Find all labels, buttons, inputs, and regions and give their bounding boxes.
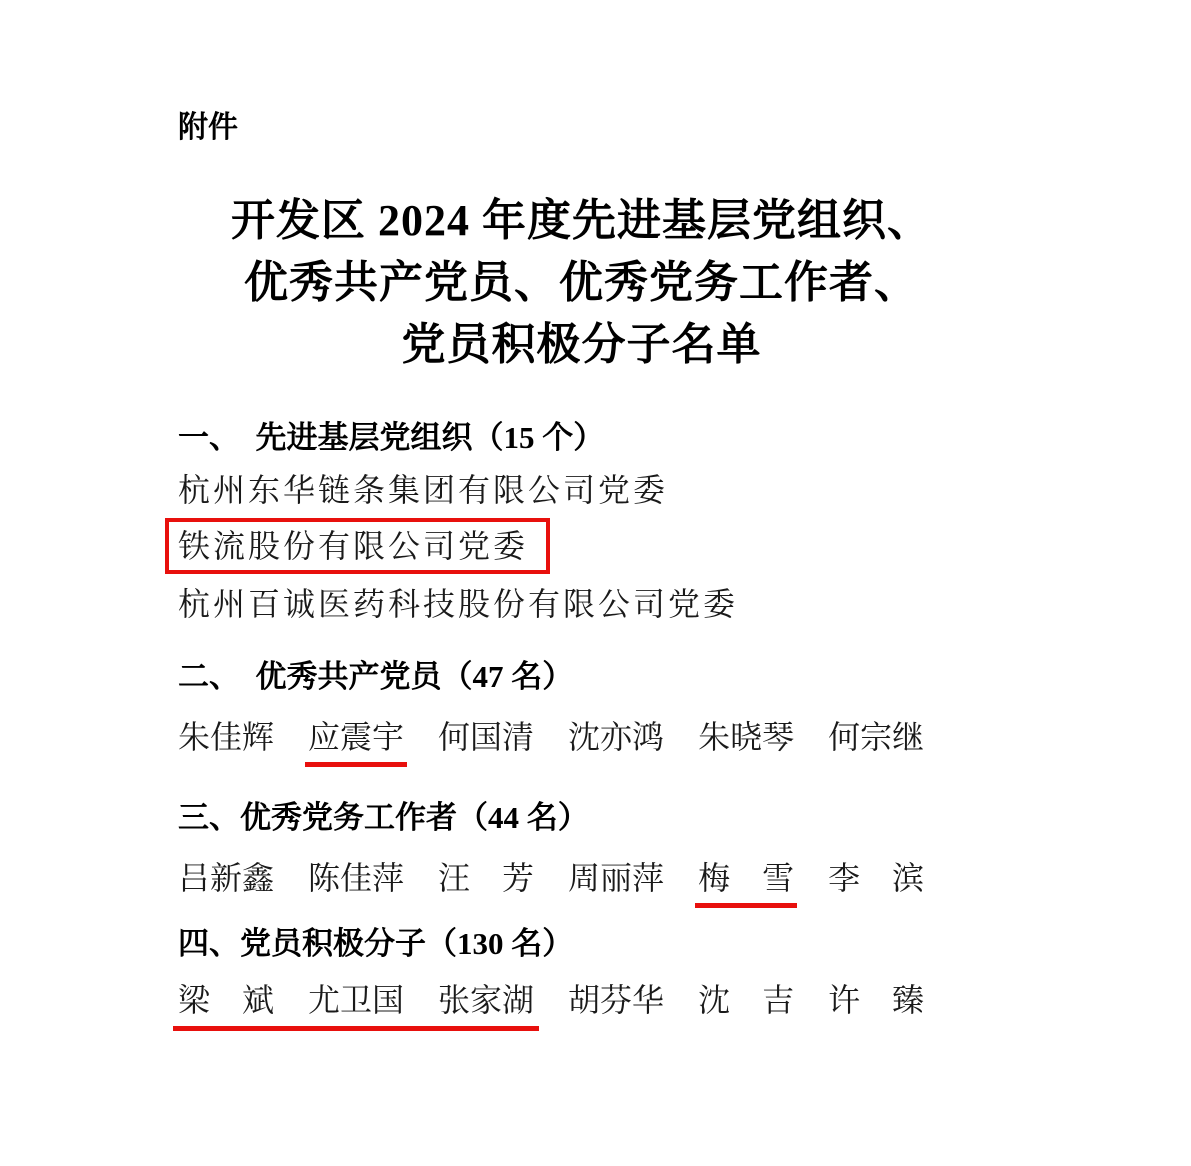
org-item: 杭州东华链条集团有限公司党委 bbox=[178, 472, 985, 508]
person-name: 周丽萍 bbox=[568, 860, 664, 896]
attachment-label: 附件 bbox=[178, 110, 985, 146]
red-underlined-name: 应震宇 bbox=[305, 719, 407, 767]
org-item: 铁流股份有限公司党委 bbox=[178, 528, 528, 564]
title-line-2: 优秀共产党员、优秀党务工作者、 bbox=[178, 252, 985, 314]
person-name: 梁 斌 bbox=[178, 982, 274, 1018]
person-name: 汪 芳 bbox=[438, 860, 534, 896]
person-name: 张家湖 bbox=[438, 982, 534, 1018]
person-name: 许 臻 bbox=[828, 982, 924, 1018]
title-line-1: 开发区 2024 年度先进基层党组织、 bbox=[178, 190, 985, 252]
section-4-names-row: 梁 斌 尤卫国 张家湖 胡芬华 沈 吉 许 臻 bbox=[178, 982, 985, 1031]
person-name: 陈佳萍 bbox=[308, 860, 404, 896]
org-item: 杭州百诚医药科技股份有限公司党委 bbox=[178, 586, 985, 622]
document-title: 开发区 2024 年度先进基层党组织、 优秀共产党员、优秀党务工作者、 党员积极… bbox=[178, 190, 985, 376]
person-name: 何国清 bbox=[438, 719, 534, 755]
section-4-heading: 四、党员积极分子（130 名） bbox=[178, 926, 985, 962]
title-line-3: 党员积极分子名单 bbox=[178, 314, 985, 376]
person-name: 尤卫国 bbox=[308, 982, 404, 1018]
section-1-heading: 一、 先进基层党组织（15 个） bbox=[178, 420, 985, 456]
person-name: 朱佳辉 bbox=[178, 719, 274, 755]
red-underlined-name-group: 梁 斌 尤卫国 张家湖 bbox=[173, 982, 539, 1031]
red-underlined-name: 梅 雪 bbox=[695, 860, 797, 908]
section-2-heading: 二、 优秀共产党员（47 名） bbox=[178, 659, 985, 695]
person-name: 沈 吉 bbox=[698, 982, 794, 1018]
person-name: 胡芬华 bbox=[568, 982, 664, 1018]
section-2-names-row: 朱佳辉 应震宇 何国清 沈亦鸿 朱晓琴 何宗继 bbox=[178, 719, 985, 767]
person-name: 李 滨 bbox=[828, 860, 924, 896]
person-name: 沈亦鸿 bbox=[568, 719, 664, 755]
org-item-boxed-wrap: 铁流股份有限公司党委 bbox=[178, 518, 985, 574]
person-name: 何宗继 bbox=[828, 719, 924, 755]
section-3-heading: 三、优秀党务工作者（44 名） bbox=[178, 800, 985, 836]
person-name: 吕新鑫 bbox=[178, 860, 274, 896]
red-box-annotation: 铁流股份有限公司党委 bbox=[165, 518, 550, 574]
section-3-names-row: 吕新鑫 陈佳萍 汪 芳 周丽萍 梅 雪 李 滨 bbox=[178, 860, 985, 908]
document-page: 附件 开发区 2024 年度先进基层党组织、 优秀共产党员、优秀党务工作者、 党… bbox=[0, 0, 985, 1031]
person-name: 朱晓琴 bbox=[698, 719, 794, 755]
